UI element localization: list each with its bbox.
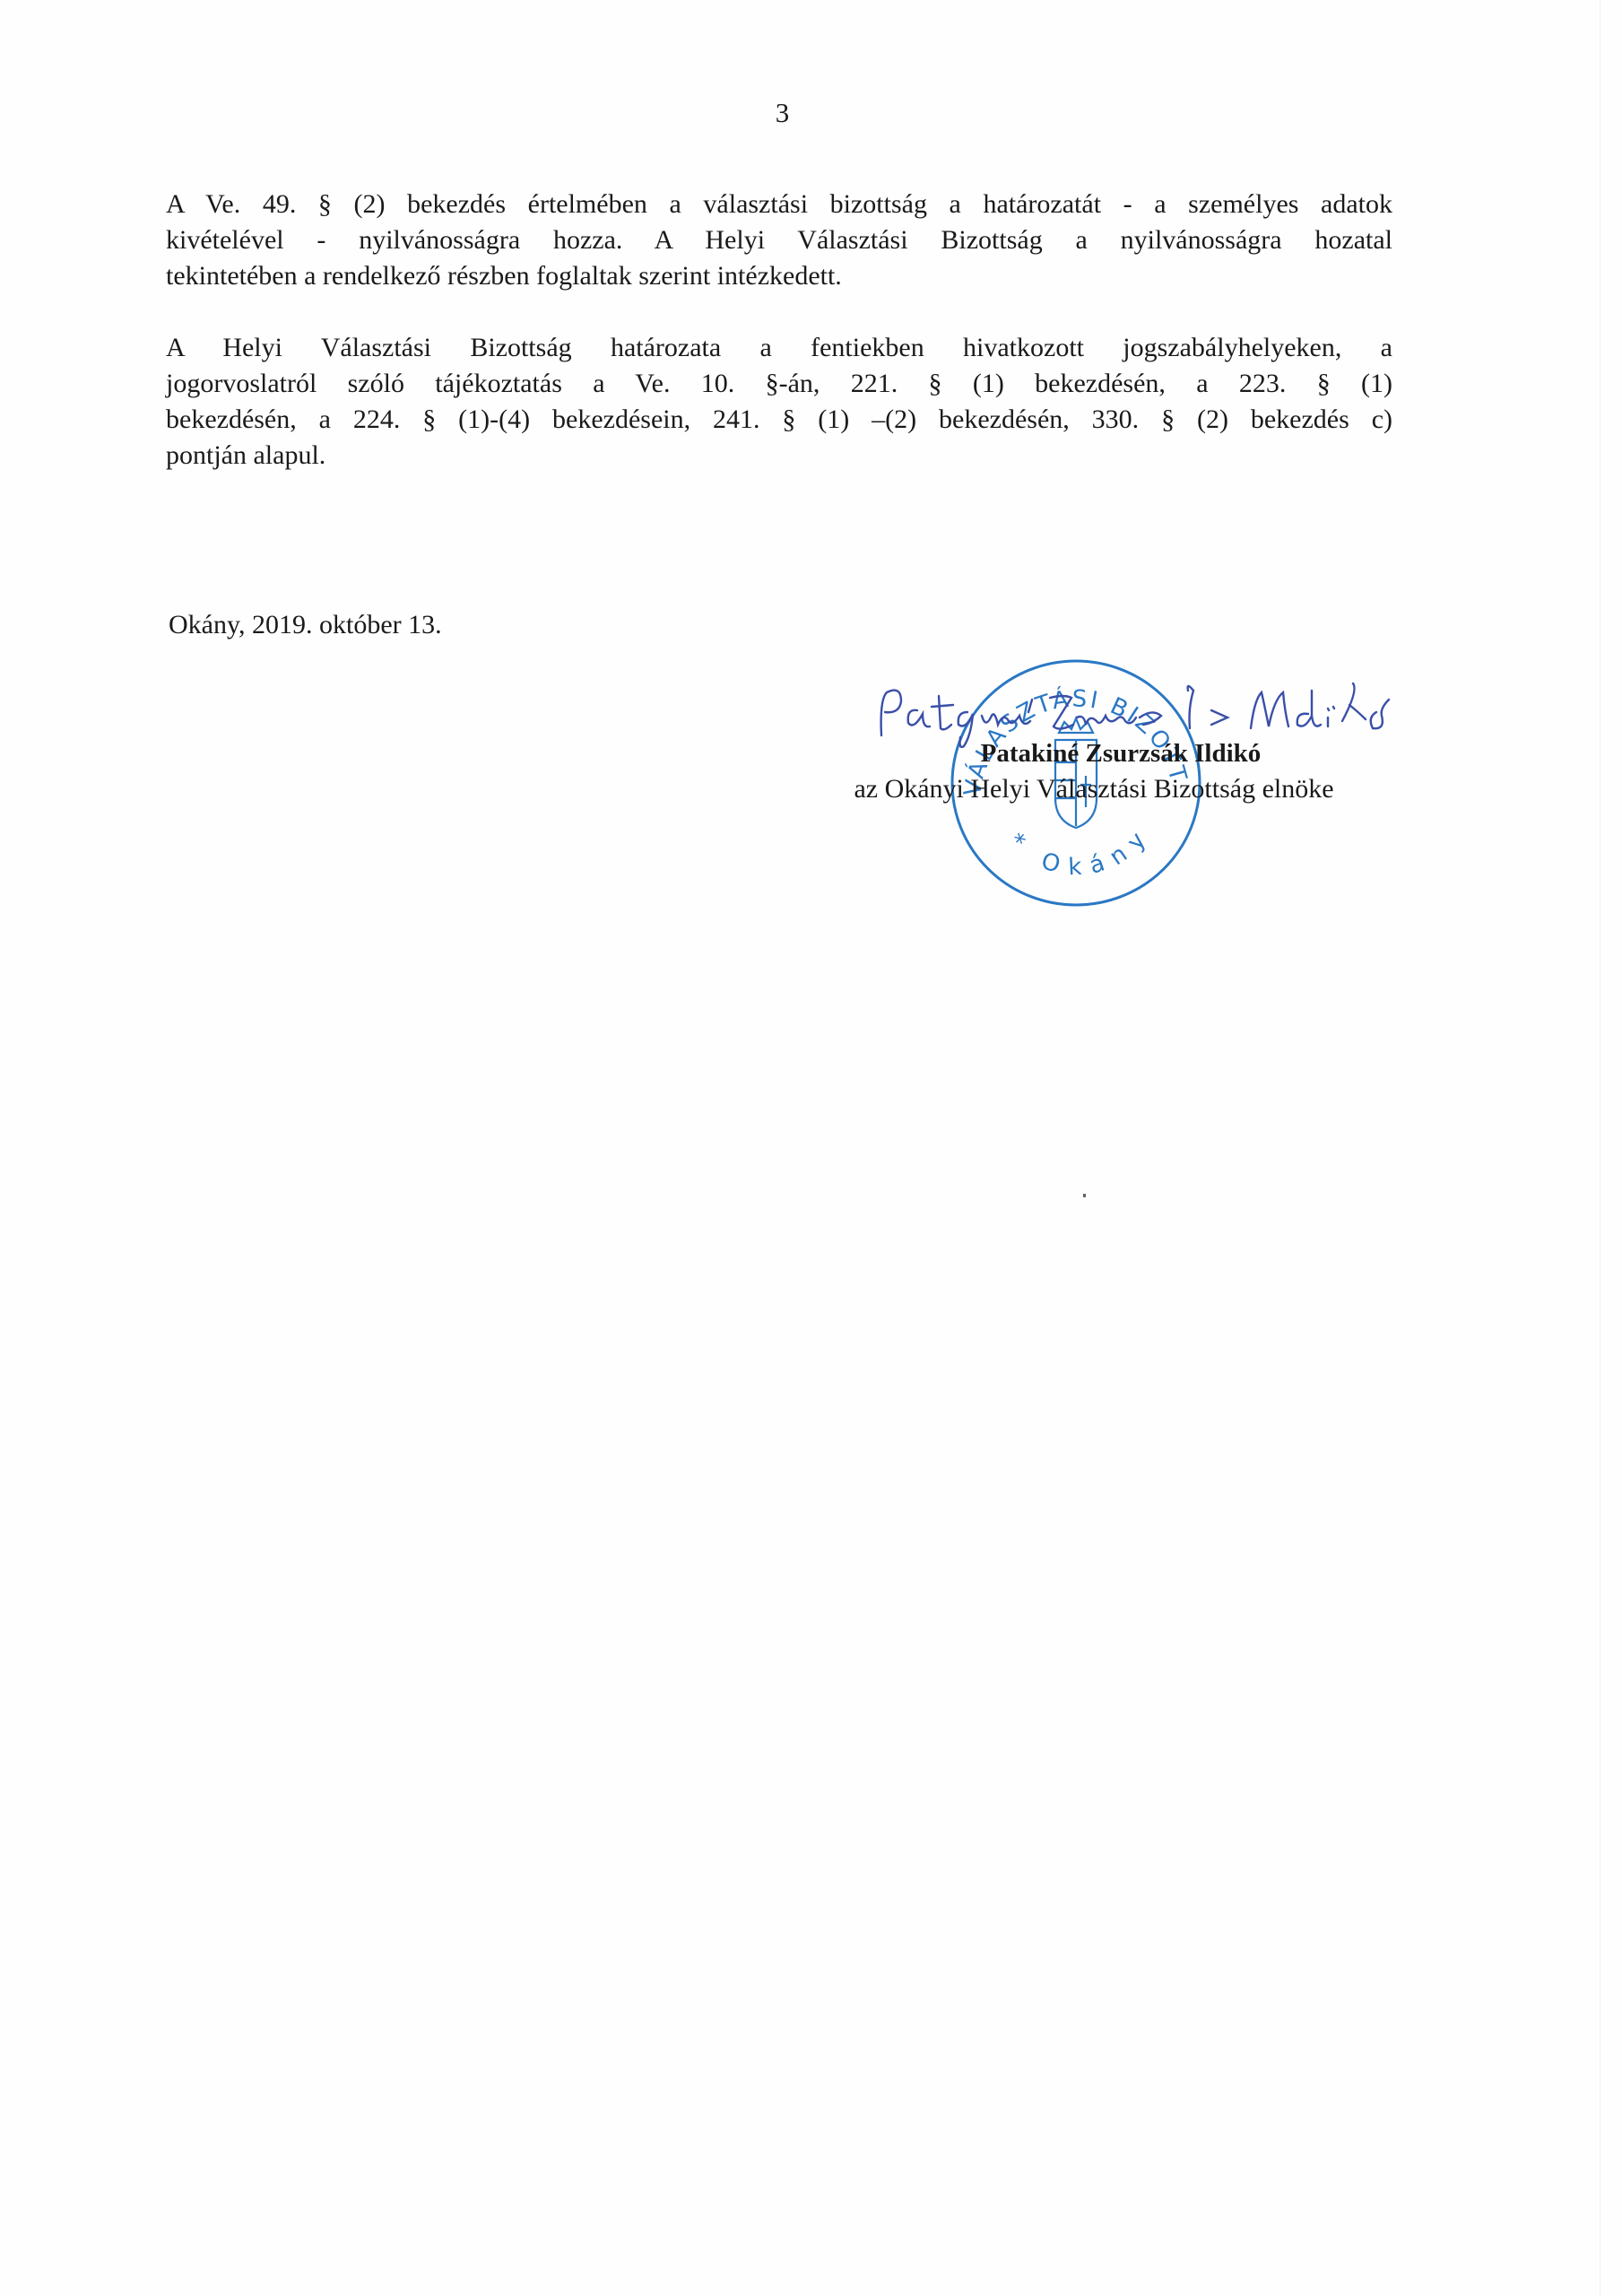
signatory-title: az Okányi Helyi Választási Bizottság eln… bbox=[798, 771, 1390, 807]
signatory-name: Patakiné Zsurzsák Ildikó bbox=[852, 735, 1390, 771]
document-page: 3 A Ve. 49. § (2) bekezdés értelmében a … bbox=[0, 0, 1622, 2296]
signatory-block: Patakiné Zsurzsák Ildikó az Okányi Helyi… bbox=[798, 735, 1390, 807]
paragraph-line: bekezdésén, a 224. § (1)-(4) bekezdésein… bbox=[166, 402, 1392, 438]
paragraph-publication: A Ve. 49. § (2) bekezdés értelmében a vá… bbox=[166, 187, 1392, 294]
scan-edge-line bbox=[1600, 0, 1600, 2296]
paragraph-line: kivételével - nyilvánosságra hozza. A He… bbox=[166, 222, 1392, 258]
paragraph-line: A Helyi Választási Bizottság határozata … bbox=[166, 330, 1392, 366]
scan-speck bbox=[1083, 1194, 1086, 1197]
page-number: 3 bbox=[0, 97, 1565, 129]
paragraph-line: A Ve. 49. § (2) bekezdés értelmében a vá… bbox=[166, 187, 1392, 222]
paragraph-line: pontján alapul. bbox=[166, 438, 1392, 474]
paragraph-line: jogorvoslatról szóló tájékoztatás a Ve. … bbox=[166, 366, 1392, 402]
place-and-date: Okány, 2019. október 13. bbox=[169, 610, 442, 640]
paragraph-line: tekintetében a rendelkező részben foglal… bbox=[166, 258, 1392, 294]
paragraph-legal-basis: A Helyi Választási Bizottság határozata … bbox=[166, 330, 1392, 474]
